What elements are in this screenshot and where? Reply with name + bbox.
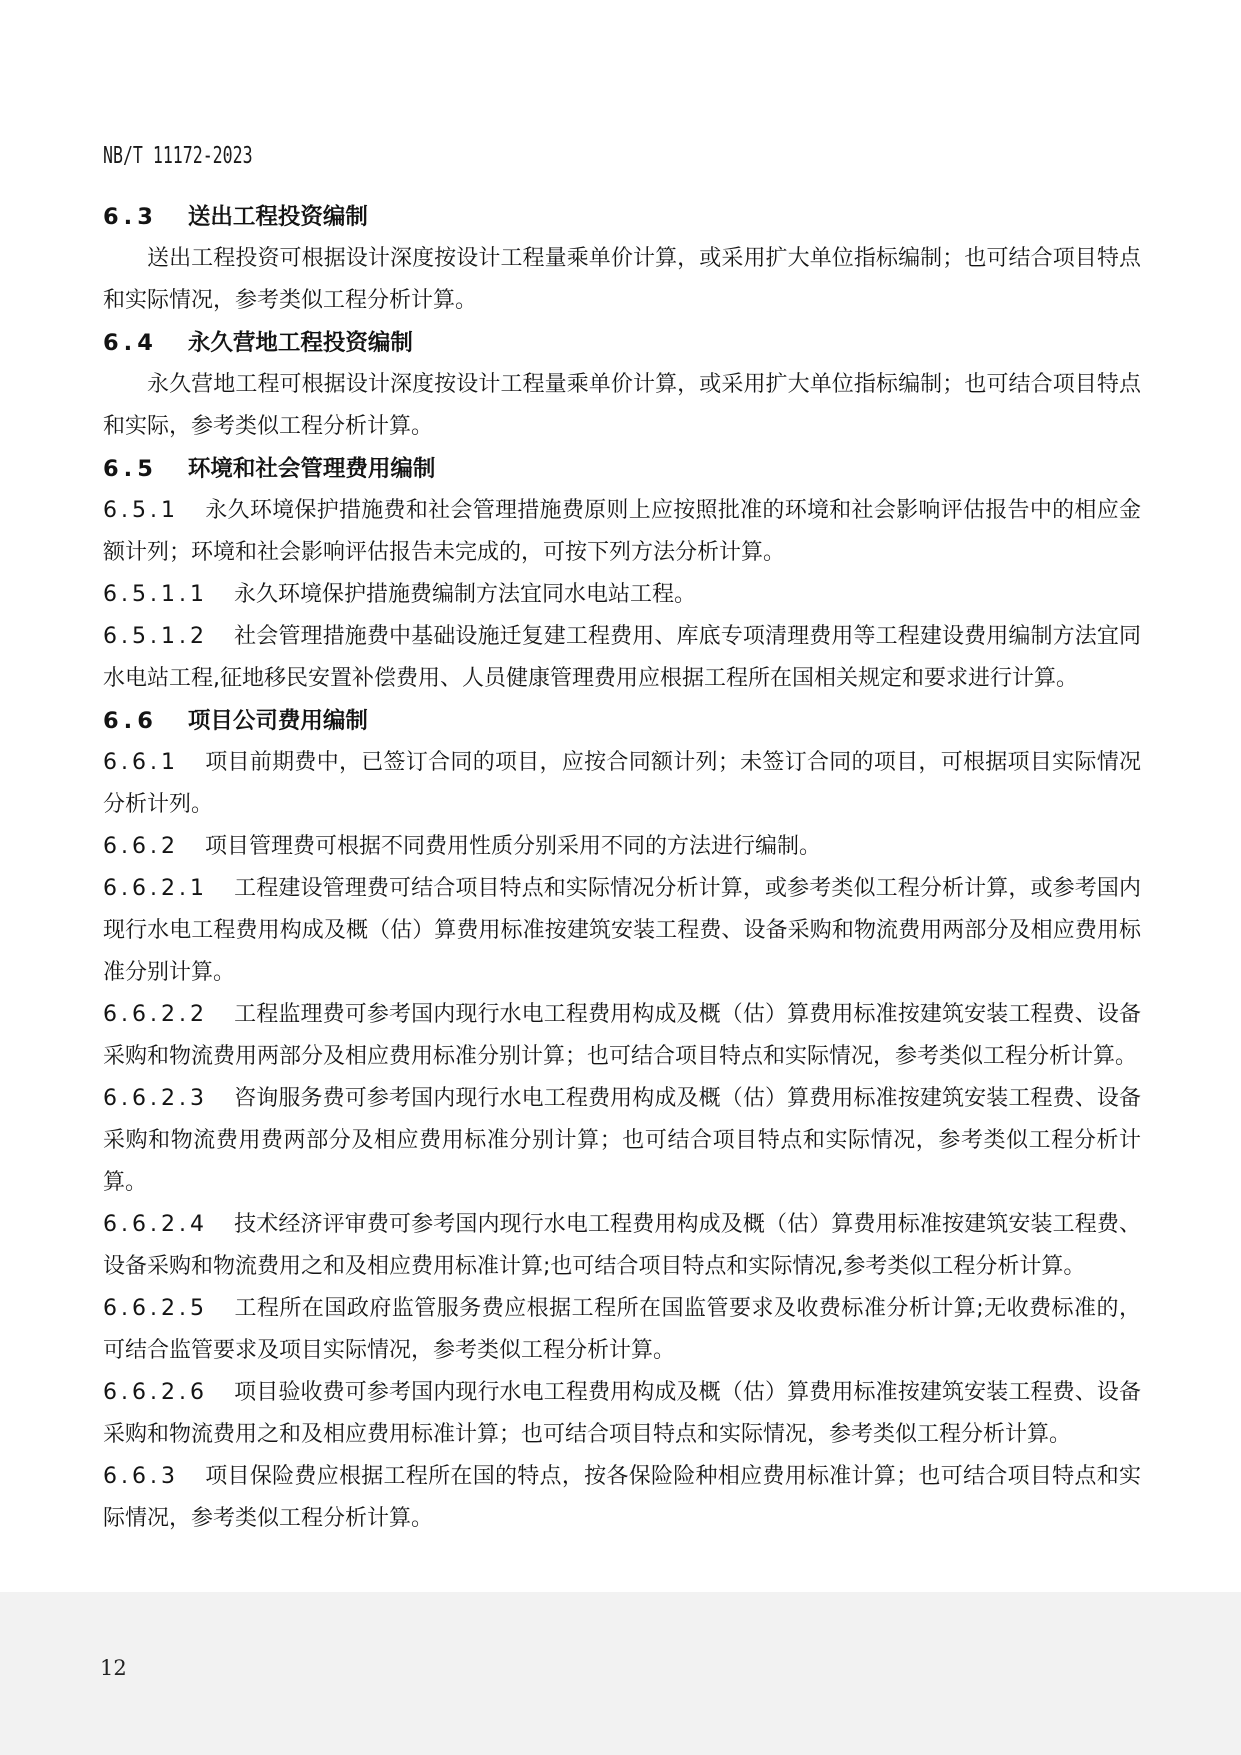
clause-text: 工程监理费可参考国内现行水电工程费用构成及概（估）算费用标准按建筑安装工程费、设… [103, 1002, 1141, 1069]
section-title: 项目公司费用编制 [188, 708, 368, 734]
clause: 6.6.3项目保险费应根据工程所在国的特点，按各保险险种相应费用标准计算；也可结… [103, 1456, 1141, 1540]
section-heading: 6.6项目公司费用编制 [103, 700, 1141, 742]
clause-text: 工程建设管理费可结合项目特点和实际情况分析计算，或参考类似工程分析计算，或参考国… [103, 876, 1141, 985]
section-number: 6.3 [103, 204, 158, 230]
clause-number: 6.6.2.4 [103, 1212, 208, 1237]
clause-text: 社会管理措施费中基础设施迁复建工程费用、库底专项清理费用等工程建设费用编制方法宜… [103, 624, 1141, 691]
section-heading: 6.5环境和社会管理费用编制 [103, 448, 1141, 490]
clause-number: 6.6.1 [103, 750, 179, 775]
clause-text: 工程所在国政府监管服务费应根据工程所在国监管要求及收费标准分析计算;无收费标准的… [103, 1296, 1141, 1363]
document-page: NB/T 11172-2023 6.3送出工程投资编制送出工程投资可根据设计深度… [0, 0, 1241, 1755]
clause-number: 6.6.2.1 [103, 876, 208, 901]
clause-number: 6.5.1 [103, 498, 179, 523]
clause: 6.6.2.3咨询服务费可参考国内现行水电工程费用构成及概（估）算费用标准按建筑… [103, 1078, 1141, 1204]
clause-text: 项目验收费可参考国内现行水电工程费用构成及概（估）算费用标准按建筑安装工程费、设… [103, 1380, 1141, 1447]
clause-text: 项目管理费可根据不同费用性质分别采用不同的方法进行编制。 [205, 834, 821, 859]
section-title: 送出工程投资编制 [188, 204, 368, 230]
clause-text: 技术经济评审费可参考国内现行水电工程费用构成及概（估）算费用标准按建筑安装工程费… [103, 1212, 1141, 1279]
clause-number: 6.6.3 [103, 1464, 179, 1489]
standard-code: NB/T 11172-2023 [103, 143, 253, 169]
clause-number: 6.6.2.5 [103, 1296, 208, 1321]
clause-text: 永久环境保护措施费和社会管理措施费原则上应按照批准的环境和社会影响评估报告中的相… [103, 498, 1141, 565]
page-number: 12 [100, 1656, 127, 1680]
clause: 6.5.1永久环境保护措施费和社会管理措施费原则上应按照批准的环境和社会影响评估… [103, 490, 1141, 574]
clause: 6.6.2.6项目验收费可参考国内现行水电工程费用构成及概（估）算费用标准按建筑… [103, 1372, 1141, 1456]
clause: 6.6.1项目前期费中，已签订合同的项目，应按合同额计列；未签订合同的项目，可根… [103, 742, 1141, 826]
footer-band [0, 1592, 1241, 1755]
clause-text: 永久营地工程可根据设计深度按设计工程量乘单价计算，或采用扩大单位指标编制；也可结… [103, 372, 1141, 439]
clause: 6.5.1.1永久环境保护措施费编制方法宜同水电站工程。 [103, 574, 1141, 616]
clause: 6.6.2.5工程所在国政府监管服务费应根据工程所在国监管要求及收费标准分析计算… [103, 1288, 1141, 1372]
clause-text: 永久环境保护措施费编制方法宜同水电站工程。 [234, 582, 696, 607]
clause-number: 6.6.2 [103, 834, 179, 859]
clause-text: 项目前期费中，已签订合同的项目，应按合同额计列；未签订合同的项目，可根据项目实际… [103, 750, 1141, 817]
clause-number: 6.5.1.1 [103, 582, 208, 607]
section-heading: 6.3送出工程投资编制 [103, 196, 1141, 238]
clause: 6.6.2.2工程监理费可参考国内现行水电工程费用构成及概（估）算费用标准按建筑… [103, 994, 1141, 1078]
clause-number: 6.5.1.2 [103, 624, 208, 649]
section-number: 6.4 [103, 330, 158, 356]
section-heading: 6.4永久营地工程投资编制 [103, 322, 1141, 364]
section-title: 永久营地工程投资编制 [188, 330, 413, 356]
section-title: 环境和社会管理费用编制 [188, 456, 436, 482]
clause-text: 咨询服务费可参考国内现行水电工程费用构成及概（估）算费用标准按建筑安装工程费、设… [103, 1086, 1141, 1195]
clause: 6.6.2项目管理费可根据不同费用性质分别采用不同的方法进行编制。 [103, 826, 1141, 868]
clause-text: 送出工程投资可根据设计深度按设计工程量乘单价计算，或采用扩大单位指标编制；也可结… [103, 246, 1141, 313]
clause-number: 6.6.2.2 [103, 1002, 208, 1027]
section-number: 6.5 [103, 456, 158, 482]
clause: 6.6.2.1工程建设管理费可结合项目特点和实际情况分析计算，或参考类似工程分析… [103, 868, 1141, 994]
clause-number: 6.6.2.6 [103, 1380, 208, 1405]
clause-text: 项目保险费应根据工程所在国的特点，按各保险险种相应费用标准计算；也可结合项目特点… [103, 1464, 1141, 1531]
document-content: 6.3送出工程投资编制送出工程投资可根据设计深度按设计工程量乘单价计算，或采用扩… [103, 196, 1141, 1540]
section-number: 6.6 [103, 708, 158, 734]
paragraph: 送出工程投资可根据设计深度按设计工程量乘单价计算，或采用扩大单位指标编制；也可结… [103, 238, 1141, 322]
clause: 6.6.2.4技术经济评审费可参考国内现行水电工程费用构成及概（估）算费用标准按… [103, 1204, 1141, 1288]
paragraph: 永久营地工程可根据设计深度按设计工程量乘单价计算，或采用扩大单位指标编制；也可结… [103, 364, 1141, 448]
clause: 6.5.1.2社会管理措施费中基础设施迁复建工程费用、库底专项清理费用等工程建设… [103, 616, 1141, 700]
clause-number: 6.6.2.3 [103, 1086, 208, 1111]
